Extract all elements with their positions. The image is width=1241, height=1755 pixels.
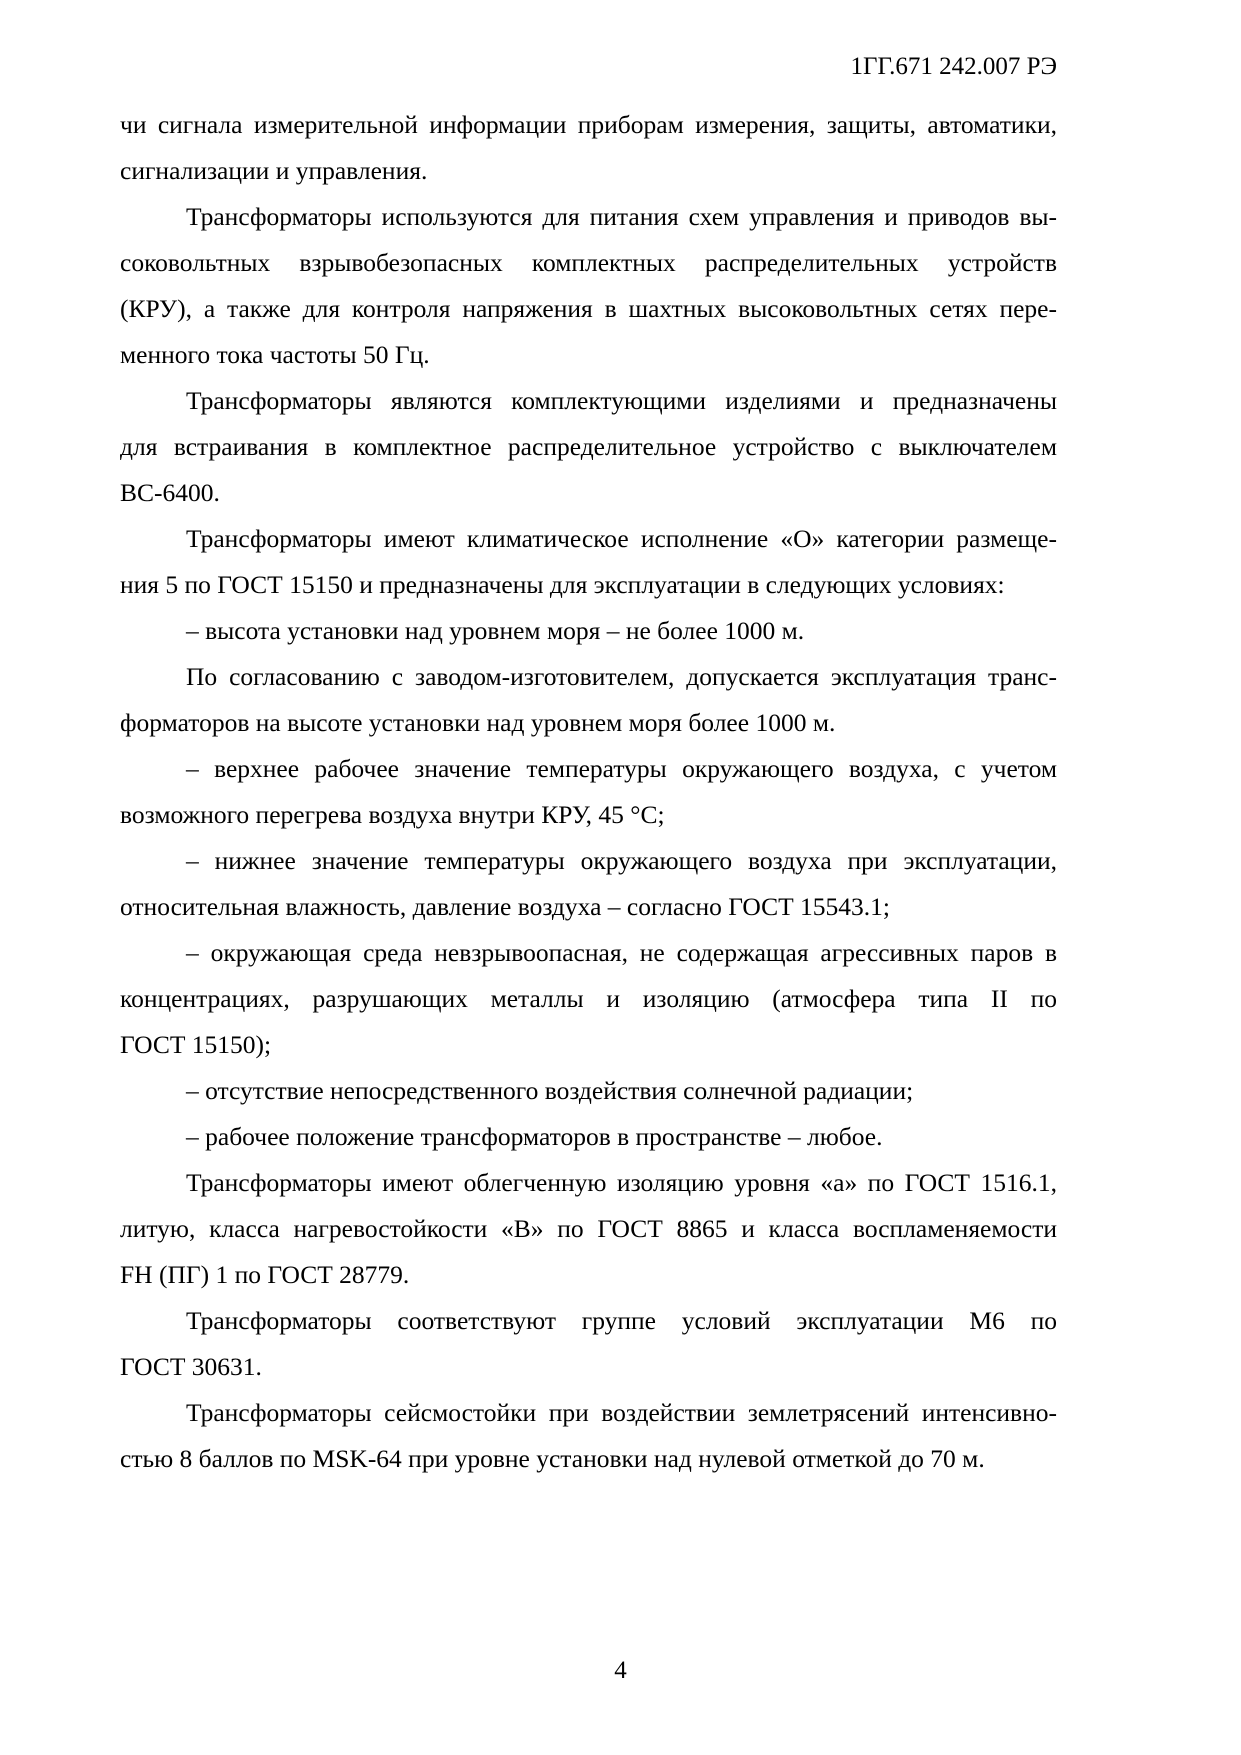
text-line: Трансформаторы сейсмостойки при воздейст… (120, 1398, 1057, 1444)
text-line: ГОСТ 30631. (120, 1352, 1057, 1398)
text-line: – отсутствие непосредственного воздейств… (120, 1076, 1057, 1122)
text-line: – окружающая среда невзрывоопасная, не с… (120, 938, 1057, 984)
text-line: – рабочее положение трансформаторов в пр… (120, 1122, 1057, 1168)
text-line: FH (ПГ) 1 по ГОСТ 28779. (120, 1260, 1057, 1306)
document-body: чи сигнала измерительной информации приб… (120, 110, 1057, 1490)
text-line: По согласованию с заводом-изготовителем,… (120, 662, 1057, 708)
text-line: Трансформаторы имеют облегченную изоляци… (120, 1168, 1057, 1214)
text-line: – нижнее значение температуры окружающег… (120, 846, 1057, 892)
text-line: Трансформаторы используются для питания … (120, 202, 1057, 248)
text-line: менного тока частоты 50 Гц. (120, 340, 1057, 386)
text-line: (КРУ), а также для контроля напряжения в… (120, 294, 1057, 340)
text-line: ГОСТ 15150); (120, 1030, 1057, 1076)
text-line: стью 8 баллов по MSK-64 при уровне устан… (120, 1444, 1057, 1490)
text-line: возможного перегрева воздуха внутри КРУ,… (120, 800, 1057, 846)
text-line: литую, класса нагревостойкости «В» по ГО… (120, 1214, 1057, 1260)
page-number: 4 (0, 1656, 1241, 1686)
text-line: соковольтных взрывобезопасных комплектны… (120, 248, 1057, 294)
text-line: форматоров на высоте установки над уровн… (120, 708, 1057, 754)
text-line: сигнализации и управления. (120, 156, 1057, 202)
text-line: концентрациях, разрушающих металлы и изо… (120, 984, 1057, 1030)
text-line: для встраивания в комплектное распредели… (120, 432, 1057, 478)
text-line: Трансформаторы соответствуют группе усло… (120, 1306, 1057, 1352)
text-line: относительная влажность, давление воздух… (120, 892, 1057, 938)
text-line: – верхнее рабочее значение температуры о… (120, 754, 1057, 800)
document-code-header: 1ГГ.671 242.007 РЭ (851, 52, 1058, 82)
text-line: – высота установки над уровнем моря – не… (120, 616, 1057, 662)
text-line: чи сигнала измерительной информации приб… (120, 110, 1057, 156)
text-line: Трансформаторы являются комплектующими и… (120, 386, 1057, 432)
text-line: ния 5 по ГОСТ 15150 и предназначены для … (120, 570, 1057, 616)
text-line: ВС-6400. (120, 478, 1057, 524)
text-line: Трансформаторы имеют климатическое испол… (120, 524, 1057, 570)
